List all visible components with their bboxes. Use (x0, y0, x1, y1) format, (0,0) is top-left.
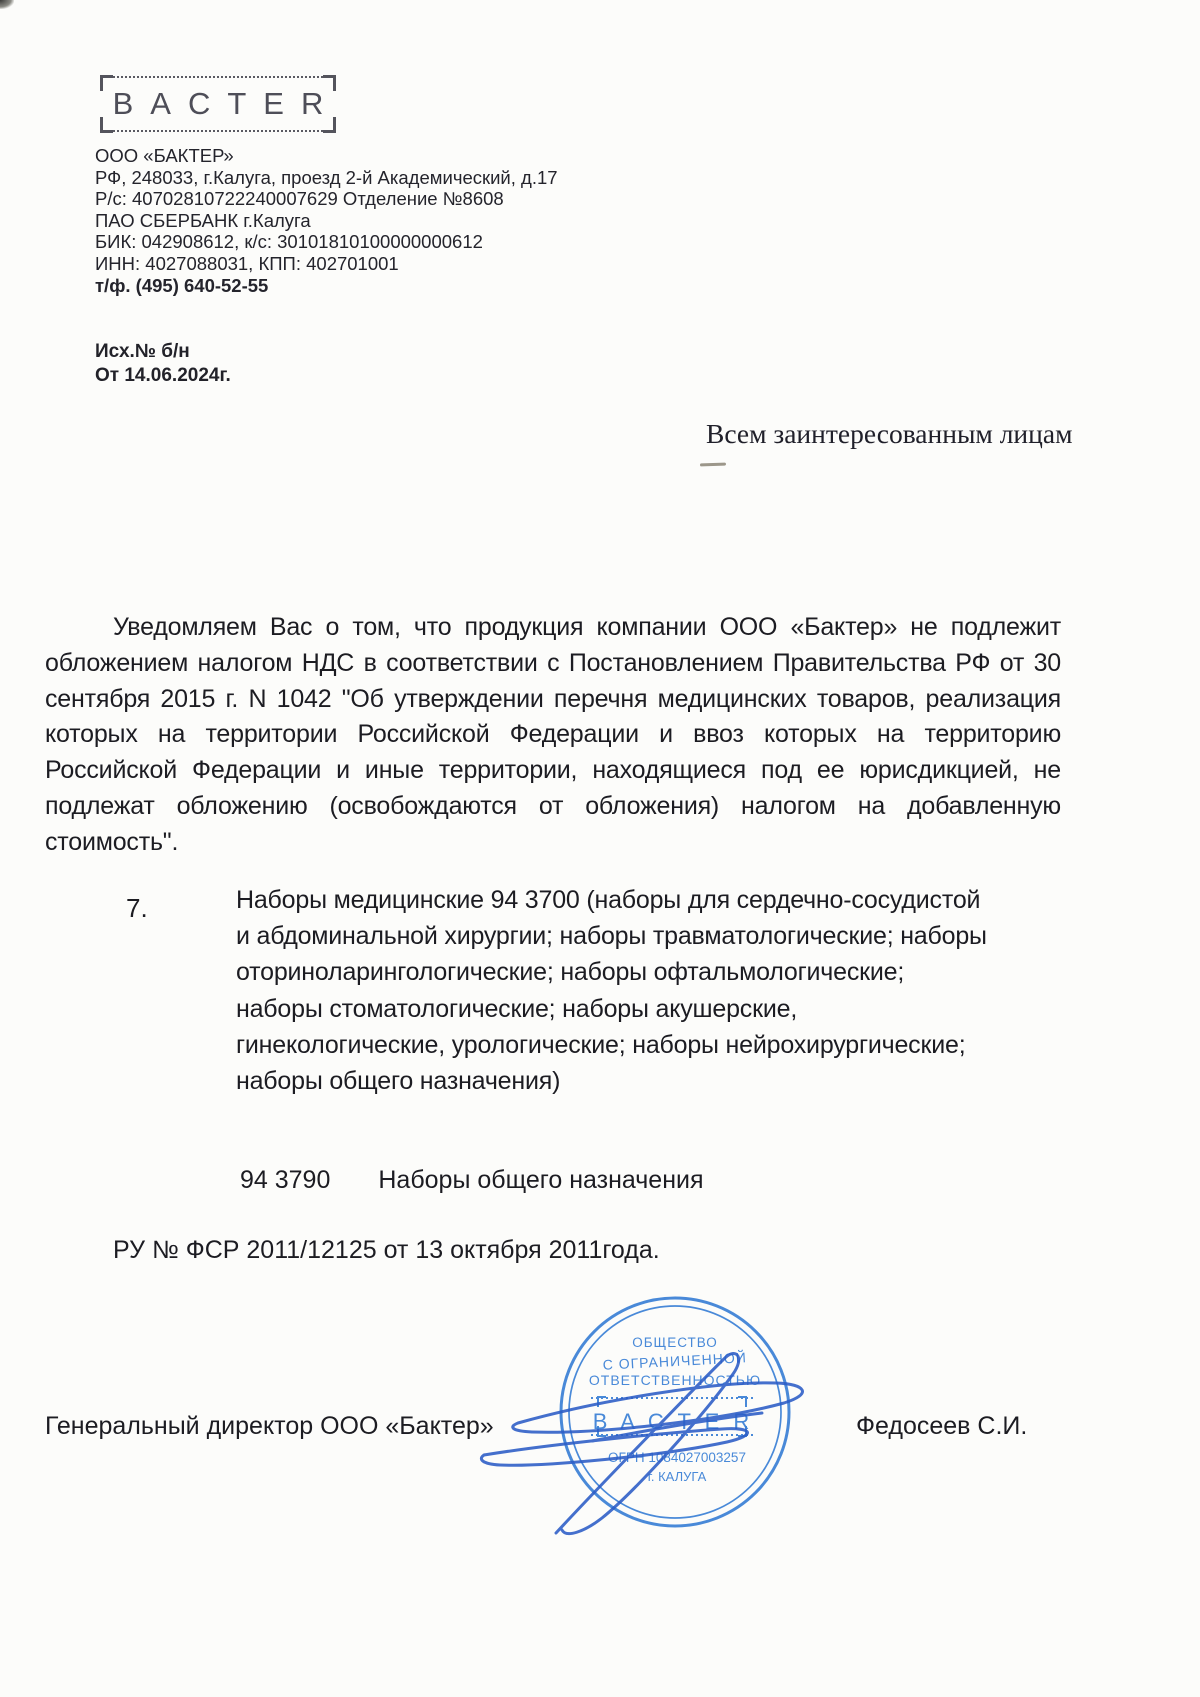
item-text-line: и абдоминальной хирургии; наборы травмат… (236, 918, 987, 954)
document-page: BACTER ООО «БАКТЕР» РФ, 248033, г.Калуга… (0, 0, 1200, 1697)
company-account: Р/с: 40702810722240007629 Отделение №860… (95, 188, 558, 210)
stamp-city-line: г. КАЛУГА (648, 1469, 707, 1484)
scan-artifact (700, 463, 726, 467)
logo-frame-corner (100, 75, 113, 91)
company-info: ООО «БАКТЕР» РФ, 248033, г.Калуга, проез… (95, 145, 558, 296)
logo-frame-corner (323, 117, 336, 133)
item-text-line: оториноларингологические; наборы офтальм… (236, 954, 987, 990)
phone-line: т/ф. (495) 640-52-55 (95, 275, 558, 297)
stamp-ownership-line: ОБЩЕСТВО (632, 1335, 718, 1350)
product-code-label: Наборы общего назначения (378, 1166, 703, 1194)
item-text-line: наборы стоматологические; наборы акушерс… (236, 991, 987, 1027)
registration-certificate-line: РУ № ФСР 2011/12125 от 13 октября 2011го… (113, 1236, 660, 1265)
item-text-line: гинекологические, урологические; наборы … (236, 1027, 987, 1063)
addressee-line: Всем заинтересованным лицам (706, 418, 1072, 450)
outgoing-reference: Исх.№ б/н От 14.06.2024г. (95, 340, 231, 387)
item-text-line: наборы общего назначения) (236, 1063, 987, 1099)
logo-text: BACTER (113, 86, 341, 122)
company-logo: BACTER (100, 76, 336, 132)
product-code-line: 94 3790Наборы общего назначения (240, 1166, 704, 1195)
ref-date: От 14.06.2024г. (95, 364, 231, 388)
stamp-ownership-line: ОТВЕТСТВЕННОСТЬЮ (589, 1372, 761, 1388)
ref-number: Исх.№ б/н (95, 340, 231, 364)
item-number: 7. (126, 893, 148, 924)
director-title: Генеральный директор ООО «Бактер» (45, 1412, 494, 1441)
company-bank: ПАО СБЕРБАНК г.Калуга (95, 210, 558, 232)
logo-frame (102, 76, 334, 78)
scan-artifact (0, 0, 14, 9)
company-inn: ИНН: 4027088031, КПП: 402701001 (95, 253, 558, 275)
logo-frame-corner (100, 117, 113, 133)
body-paragraph: Уведомляем Вас о том, что продукция комп… (45, 610, 1061, 861)
company-name: ООО «БАКТЕР» (95, 145, 558, 167)
item-text-line: Наборы медицинские 94 3700 (наборы для с… (236, 882, 987, 918)
company-bik: БИК: 042908612, к/с: 3010181010000000061… (95, 231, 558, 253)
company-stamp: ОБЩЕСТВО С ОГРАНИЧЕННОЙ ОТВЕТСТВЕННОСТЬЮ… (470, 1280, 830, 1570)
product-code: 94 3790 (240, 1166, 330, 1194)
company-address: РФ, 248033, г.Калуга, проезд 2-й Академи… (95, 167, 558, 189)
item-text: Наборы медицинские 94 3700 (наборы для с… (236, 882, 987, 1099)
stamp-ownership-line: С ОГРАНИЧЕННОЙ (602, 1348, 747, 1373)
director-name: Федосеев С.И. (856, 1412, 1027, 1441)
logo-frame (102, 130, 334, 132)
logo-frame-corner (323, 75, 336, 91)
